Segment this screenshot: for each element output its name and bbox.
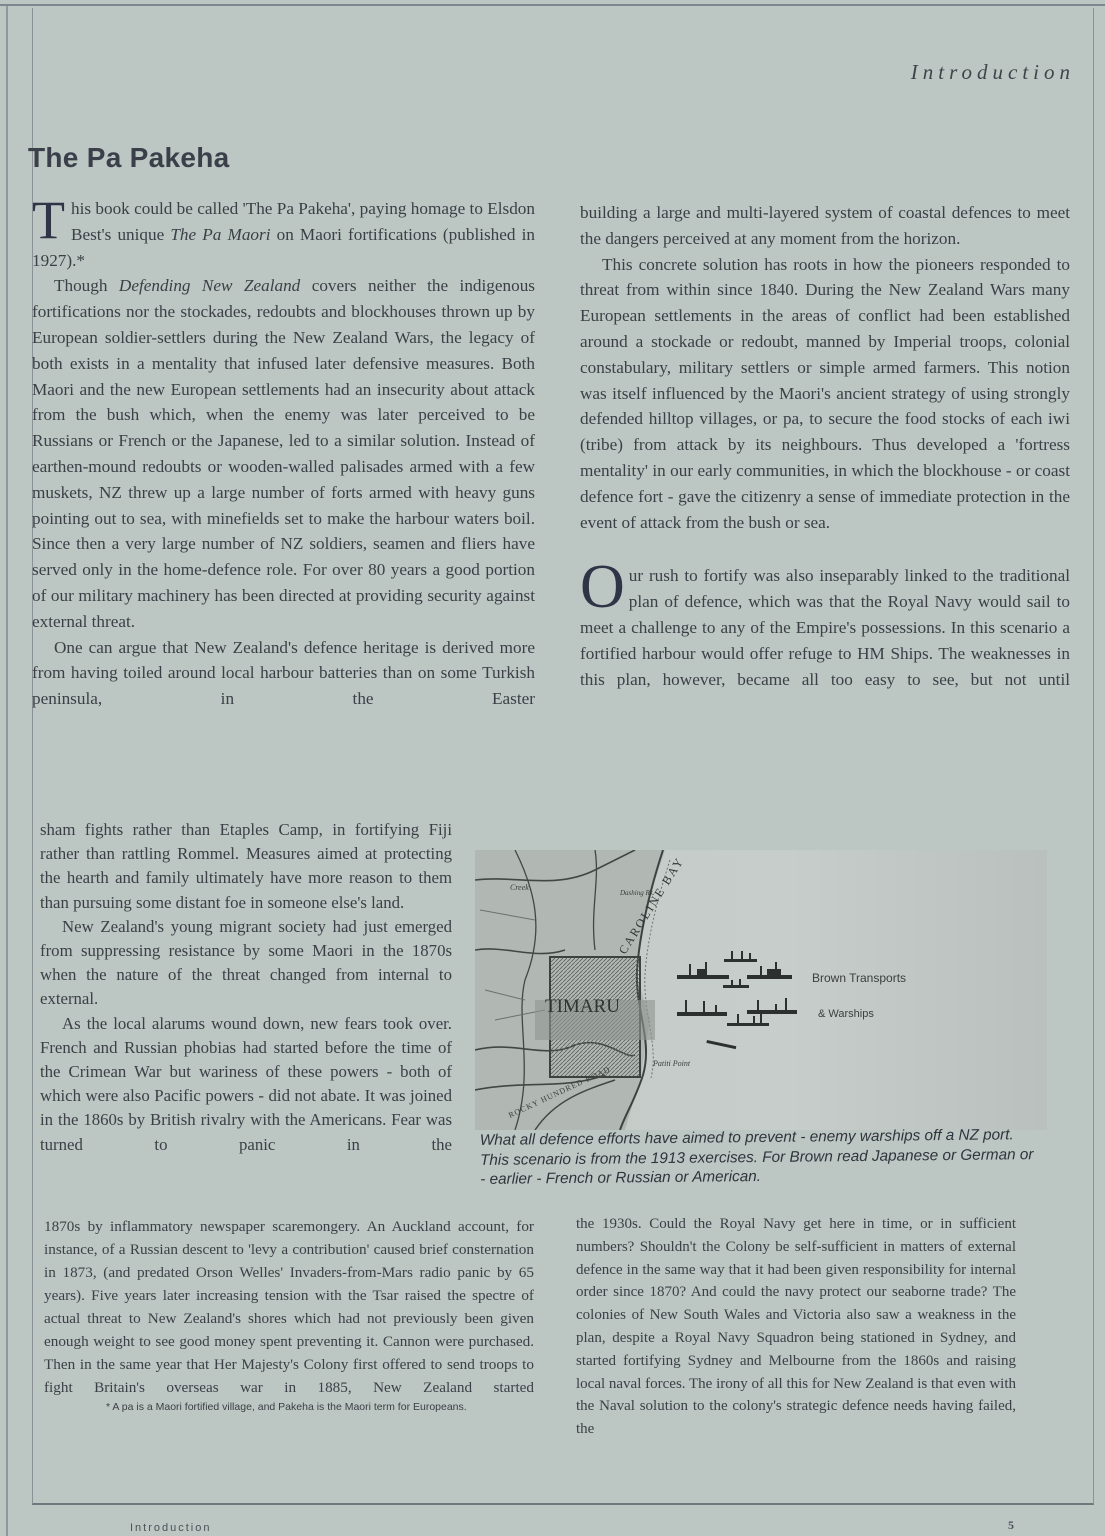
left-column-top: This book could be called 'The Pa Pakeha… — [32, 196, 535, 712]
section-gap — [580, 535, 1070, 563]
figure-caption: What all defence efforts have aimed to p… — [480, 1125, 1041, 1189]
right-column-top: building a large and multi-layered syste… — [580, 200, 1070, 692]
timaru-map-illustration: TIMARU CAROLINE BAY Creek Dashing Rk. Pa… — [475, 850, 1047, 1130]
paragraph: New Zealand's young migrant society had … — [40, 915, 452, 1012]
map-label-station: Dashing Rk. — [619, 889, 655, 897]
paragraph: 1870s by inflammatory newspaper scaremon… — [44, 1215, 534, 1399]
paragraph: sham fights rather than Etaples Camp, in… — [40, 818, 452, 915]
paragraph: Though Defending New Zealand covers neit… — [32, 273, 535, 634]
paragraph: building a large and multi-layered syste… — [580, 200, 1070, 252]
book-title: Defending New Zealand — [119, 276, 300, 295]
paragraph: This book could be called 'The Pa Pakeha… — [32, 196, 535, 273]
fleet-label-line1: Brown Transports — [812, 971, 906, 985]
running-head: Introduction — [911, 60, 1075, 85]
paragraph: the 1930s. Could the Royal Navy get here… — [576, 1213, 1016, 1441]
warship-icons — [677, 951, 797, 1049]
map-label-point: Patiti Point — [652, 1059, 691, 1068]
paragraph: One can argue that New Zealand's defence… — [32, 635, 535, 712]
footnote: * A pa is a Maori fortified village, and… — [44, 1399, 534, 1415]
drop-cap: T — [32, 198, 65, 242]
left-column-bottom: 1870s by inflammatory newspaper scaremon… — [44, 1215, 534, 1415]
drop-cap: O — [580, 563, 625, 611]
paragraph: As the local alarums wound down, new fea… — [40, 1012, 452, 1157]
right-column-bottom: the 1930s. Could the Royal Navy get here… — [576, 1213, 1016, 1441]
running-foot: Introduction — [130, 1522, 211, 1534]
page-left-edge — [6, 6, 8, 1536]
paragraph: Our rush to fortify was also inseparably… — [580, 563, 1070, 692]
book-title: The Pa Maori — [170, 225, 270, 244]
page-number: 5 — [1008, 1518, 1014, 1533]
left-column-middle: sham fights rather than Etaples Camp, in… — [40, 818, 452, 1157]
fleet-label-line2: & Warships — [818, 1008, 874, 1020]
map-label-town: TIMARU — [545, 996, 620, 1017]
map-figure: TIMARU CAROLINE BAY Creek Dashing Rk. Pa… — [475, 850, 1047, 1130]
paragraph: This concrete solution has roots in how … — [580, 252, 1070, 536]
article-title: The Pa Pakeha — [28, 142, 230, 174]
map-label-creek: Creek — [510, 883, 529, 892]
page-top-edge — [0, 4, 1105, 6]
